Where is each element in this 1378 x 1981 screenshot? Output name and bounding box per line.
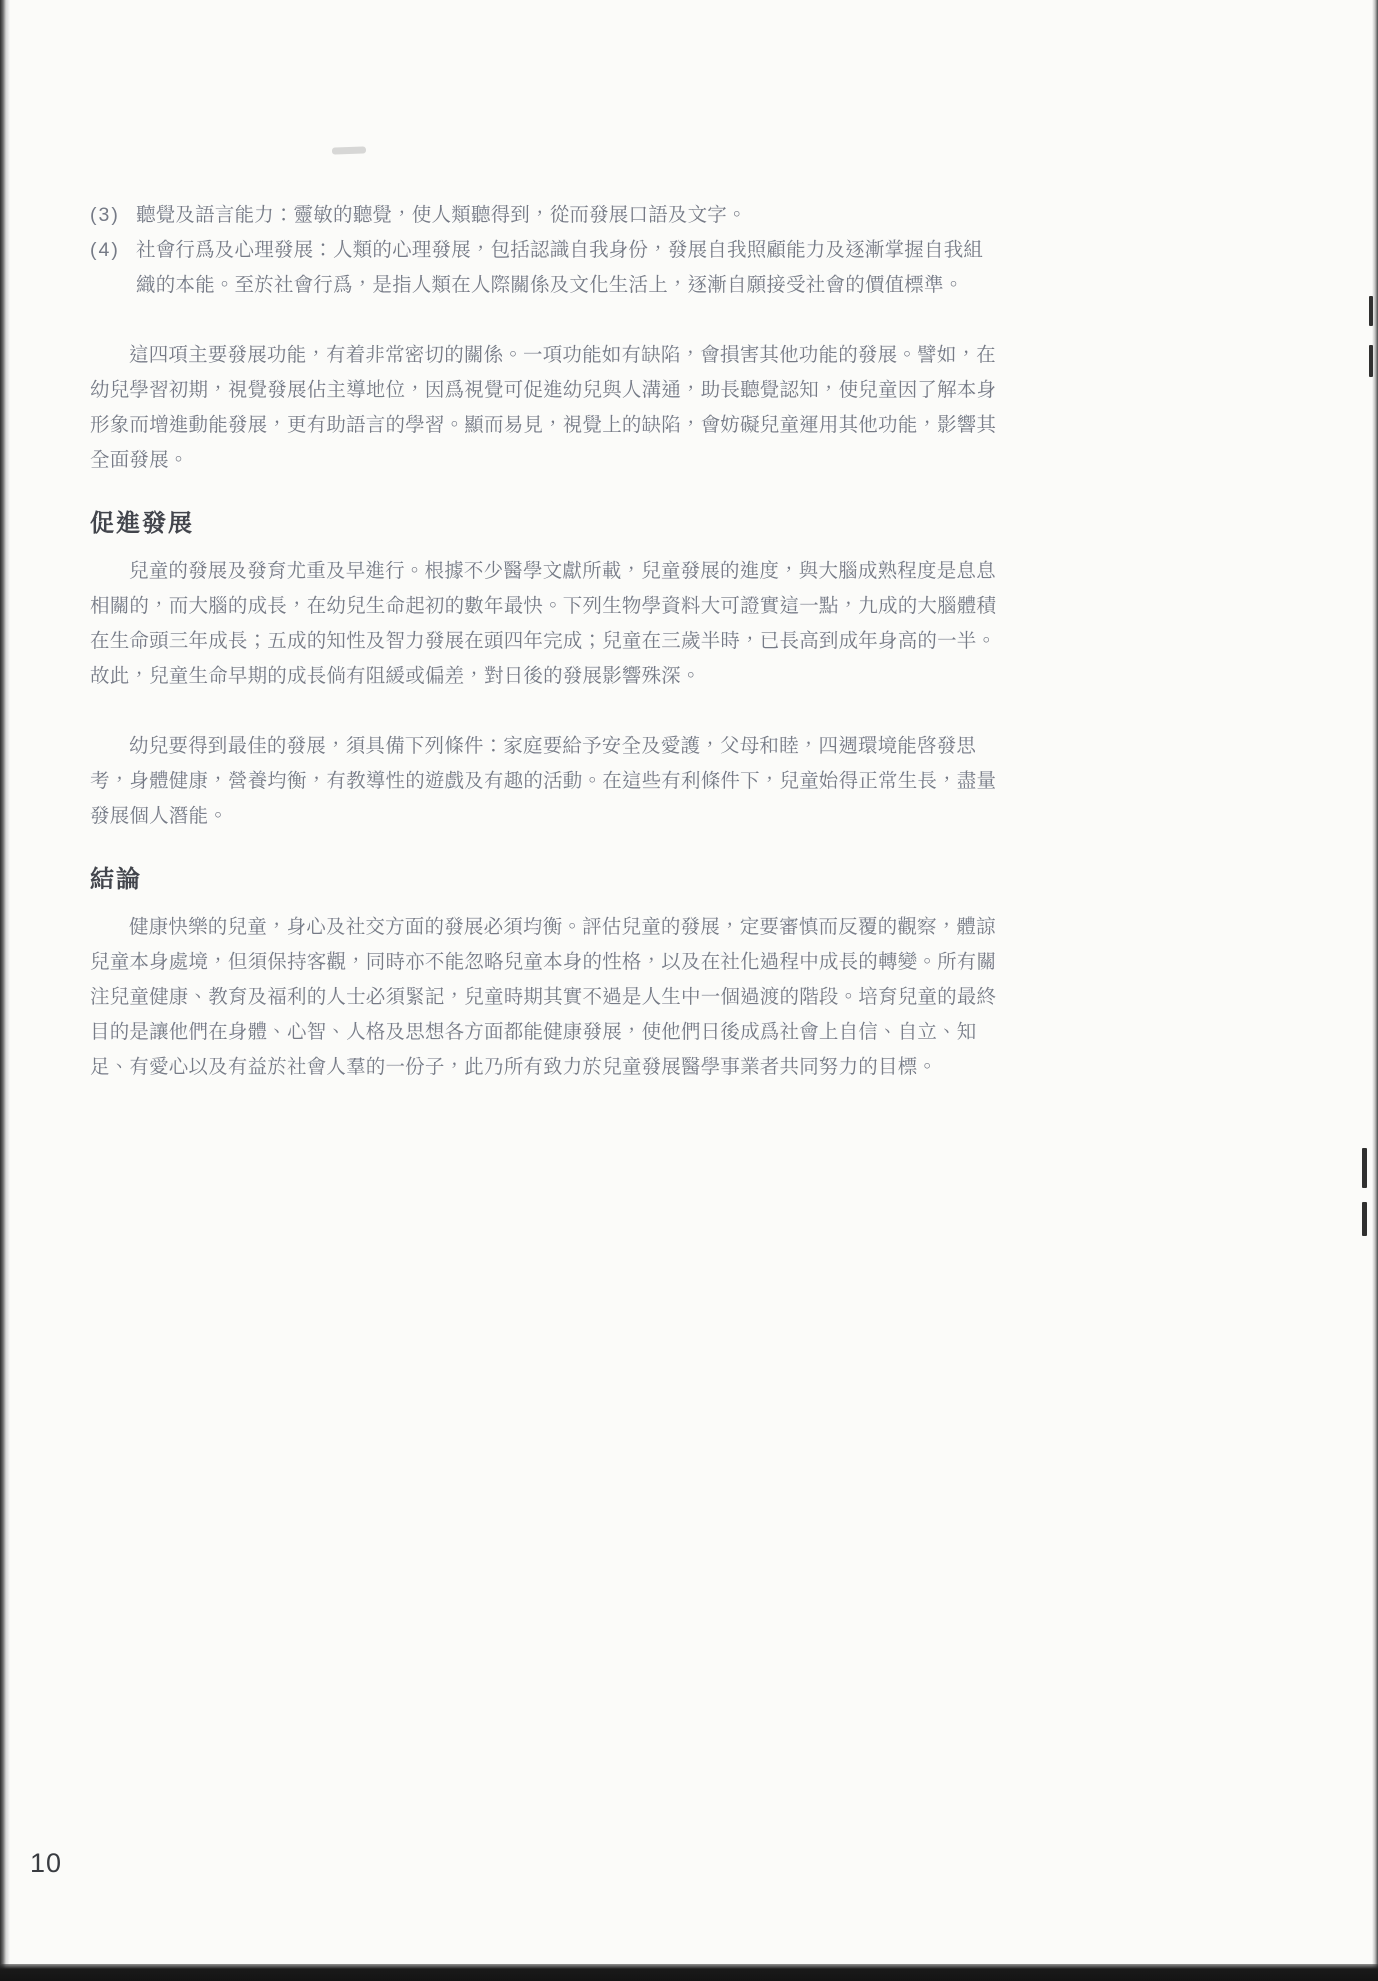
intro-paragraph: 這四項主要發展功能，有着非常密切的關係。一項功能如有缺陷，會損害其他功能的發展。… bbox=[90, 338, 998, 478]
scan-smudge bbox=[332, 146, 366, 154]
conclusion-paragraph: 健康快樂的兒童，身心及社交方面的發展必須均衡。評估兒童的發展，定要審慎而反覆的觀… bbox=[90, 910, 998, 1085]
scan-mark bbox=[1362, 1202, 1367, 1236]
list-item-3: (3)聽覺及語言能力：靈敏的聽覺，使人類聽得到，從而發展口語及文字。 bbox=[90, 198, 998, 233]
list-item-3-marker: (3) bbox=[90, 198, 136, 233]
page-body-text: (3)聽覺及語言能力：靈敏的聽覺，使人類聽得到，從而發展口語及文字。 (4)社會… bbox=[90, 198, 998, 1085]
list-item-4-marker: (4) bbox=[90, 233, 136, 268]
promote-development-paragraph-2: 幼兒要得到最佳的發展，須具備下列條件：家庭要給予安全及愛護，父母和睦，四週環境能… bbox=[90, 729, 998, 834]
scan-edge-left bbox=[0, 0, 10, 1981]
scan-edge-bottom bbox=[0, 1964, 1378, 1981]
section-heading-conclusion: 結論 bbox=[90, 864, 998, 896]
list-item-4: (4)社會行爲及心理發展：人類的心理發展，包括認識自我身份，發展自我照顧能力及逐… bbox=[90, 233, 998, 303]
section-heading-promote-development: 促進發展 bbox=[90, 508, 998, 540]
scan-edge-right bbox=[1372, 0, 1378, 1981]
promote-development-paragraph-1: 兒童的發展及發育尤重及早進行。根據不少醫學文獻所載，兒童發展的進度，與大腦成熟程… bbox=[90, 554, 998, 694]
scan-mark bbox=[1362, 1148, 1367, 1188]
scanned-document-page: (3)聽覺及語言能力：靈敏的聽覺，使人類聽得到，從而發展口語及文字。 (4)社會… bbox=[0, 0, 1378, 1981]
page-number: 10 bbox=[30, 1848, 62, 1879]
list-item-3-text: 聽覺及語言能力：靈敏的聽覺，使人類聽得到，從而發展口語及文字。 bbox=[136, 204, 747, 226]
list-item-4-text: 社會行爲及心理發展：人類的心理發展，包括認識自我身份，發展自我照顧能力及逐漸掌握… bbox=[136, 239, 983, 296]
